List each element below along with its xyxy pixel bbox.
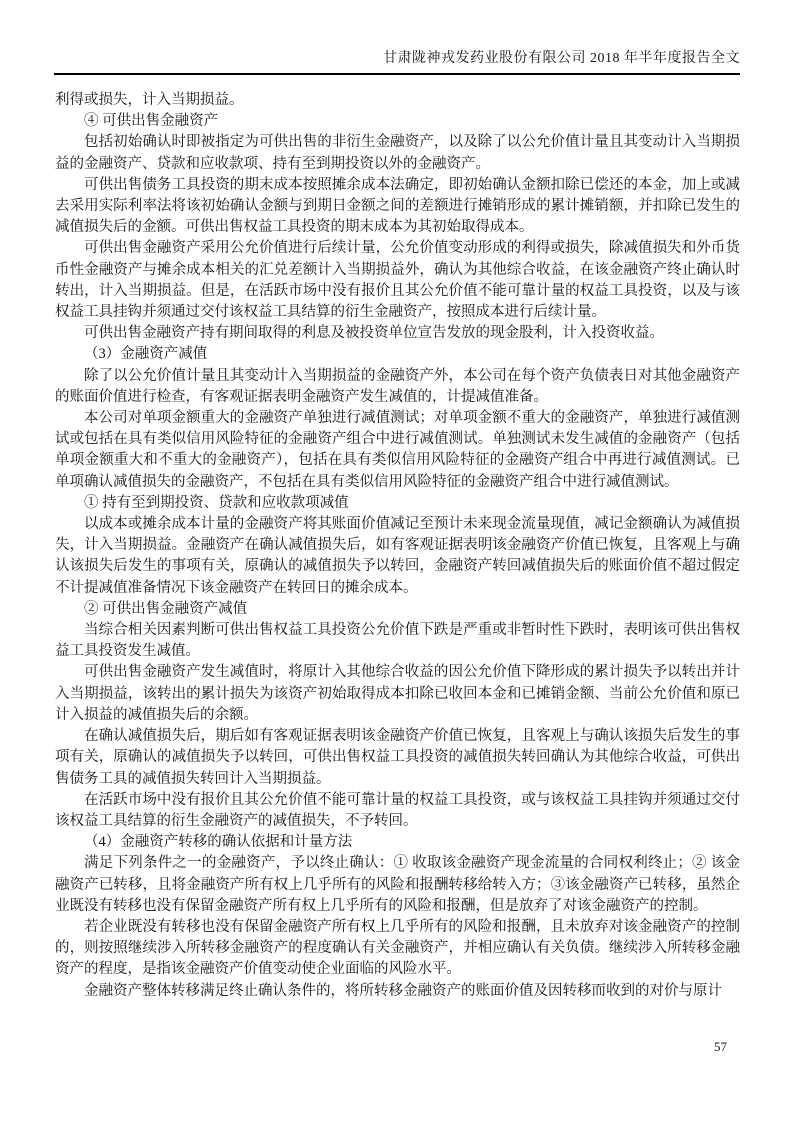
paragraph: 可供出售债务工具投资的期末成本按照摊余成本法确定，即初始确认金额扣除已偿还的本金… [55, 175, 740, 239]
paragraph: 可供出售金融资产持有期间取得的利息及被投资单位宣告发放的现金股利，计入投资收益。 [55, 323, 740, 344]
paragraph: 可供出售金融资产发生减值时，将原计入其他综合收益的因公允价值下降形成的累计损失予… [55, 662, 740, 726]
report-page: 甘肃陇神戎发药业股份有限公司 2018 年半年度报告全文 利得或损失，计入当期损… [0, 0, 793, 1122]
page-number: 57 [714, 1039, 727, 1055]
paragraph: 利得或损失，计入当期损益。 [55, 90, 740, 111]
paragraph: 在活跃市场中没有报价且其公允价值不能可靠计量的权益工具投资，或与该权益工具挂钩并… [55, 790, 740, 832]
paragraph: 金融资产整体转移满足终止确认条件的，将所转移金融资产的账面价值及因转移而收到的对… [55, 981, 740, 1002]
paragraph: 除了以公允价值计量且其变动计入当期损益的金融资产外，本公司在每个资产负债表日对其… [55, 366, 740, 408]
paragraph: 包括初始确认时即被指定为可供出售的非衍生金融资产，以及除了以公允价值计量且其变动… [55, 132, 740, 174]
paragraph: 可供出售金融资产采用公允价值进行后续计量，公允价值变动形成的利得或损失，除减值损… [55, 238, 740, 323]
paragraph: 当综合相关因素判断可供出售权益工具投资公允价值下跌是严重或非暂时性下跌时，表明该… [55, 620, 740, 662]
paragraph: （3）金融资产减值 [55, 344, 740, 365]
paragraph: ② 可供出售金融资产减值 [55, 599, 740, 620]
paragraph: 满足下列条件之一的金融资产，予以终止确认：① 收取该金融资产现金流量的合同权利终… [55, 853, 740, 917]
document-body: 利得或损失，计入当期损益。④ 可供出售金融资产包括初始确认时即被指定为可供出售的… [55, 90, 740, 1002]
paragraph: 本公司对单项金额重大的金融资产单独进行减值测试；对单项金额不重大的金融资产，单独… [55, 408, 740, 493]
page-header: 甘肃陇神戎发药业股份有限公司 2018 年半年度报告全文 [54, 50, 740, 75]
paragraph: 以成本或摊余成本计量的金融资产将其账面价值减记至预计未来现金流量现值，减记金额确… [55, 514, 740, 599]
header-title: 甘肃陇神戎发药业股份有限公司 2018 年半年度报告全文 [383, 51, 740, 66]
paragraph: ① 持有至到期投资、贷款和应收款项减值 [55, 493, 740, 514]
paragraph: 若企业既没有转移也没有保留金融资产所有权上几乎所有的风险和报酬，且未放弃对该金融… [55, 917, 740, 981]
paragraph: 在确认减值损失后，期后如有客观证据表明该金融资产价值已恢复，且客观上与确认该损失… [55, 726, 740, 790]
paragraph: （4）金融资产转移的确认依据和计量方法 [55, 832, 740, 853]
paragraph: ④ 可供出售金融资产 [55, 111, 740, 132]
